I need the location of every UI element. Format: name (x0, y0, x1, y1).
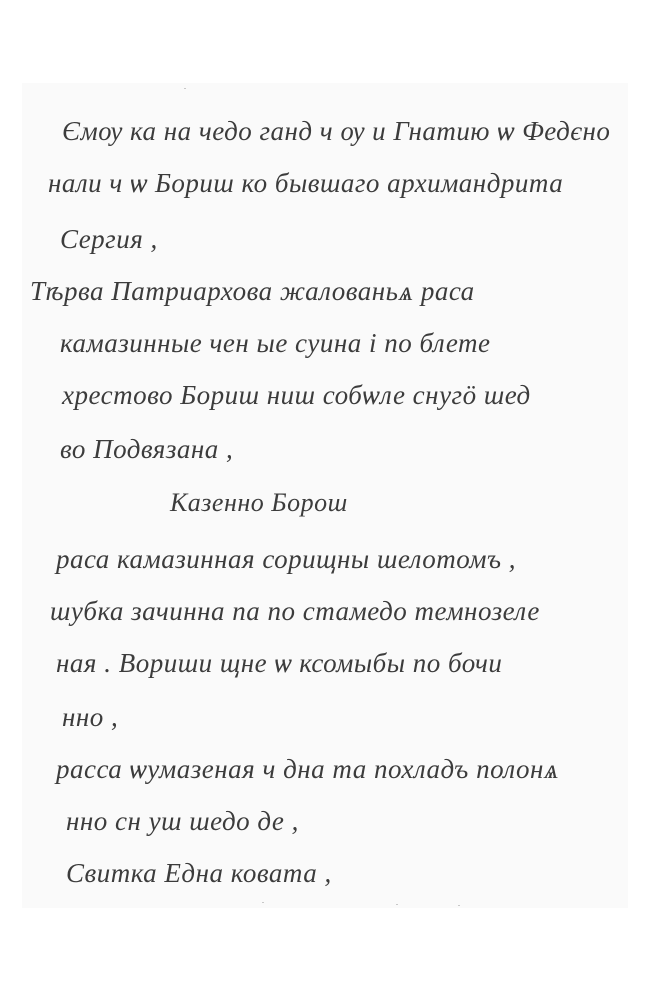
manuscript-line-10: шубка зачинна па по стамедо темнозеле (50, 598, 540, 625)
manuscript-line-5: камазинные чен ые суина і по блете (60, 330, 490, 357)
paper-speck (396, 904, 398, 905)
manuscript-line-9: раса камазинная сорищны шелотомъ , (56, 546, 516, 573)
paper-speck (184, 88, 186, 89)
manuscript-line-3: Сергия , (60, 226, 158, 253)
manuscript-line-1: Ємѹ ка на чедо ганд ч ѹ и Гнатию ѡ Федєн… (62, 118, 610, 145)
manuscript-line-2: нали ч ѡ Бориш ко бывшаго архимандрита (48, 170, 563, 197)
manuscript-line-15: Свитка Една ковата , (66, 860, 332, 887)
manuscript-line-12: нно , (62, 704, 118, 731)
manuscript-line-7: во Подвязана , (60, 436, 233, 463)
paper-speck (458, 905, 460, 906)
manuscript-line-4: Тѣрва Патриархова жалованьѧ раса (30, 278, 475, 305)
manuscript-line-13: расса ѡумазеная ч дна та похладъ полонѧ (56, 756, 559, 783)
manuscript-line-6: хрестово Бориш ниш собѡле снугӧ шед (62, 382, 531, 409)
manuscript-line-11: ная . Вориши щне ѡ ксомыбы по бочи (56, 650, 502, 677)
paper-speck (262, 902, 264, 903)
manuscript-line-14: нно сн уш шедо де , (66, 808, 299, 835)
manuscript-heading: Казенно Борош (170, 490, 348, 516)
